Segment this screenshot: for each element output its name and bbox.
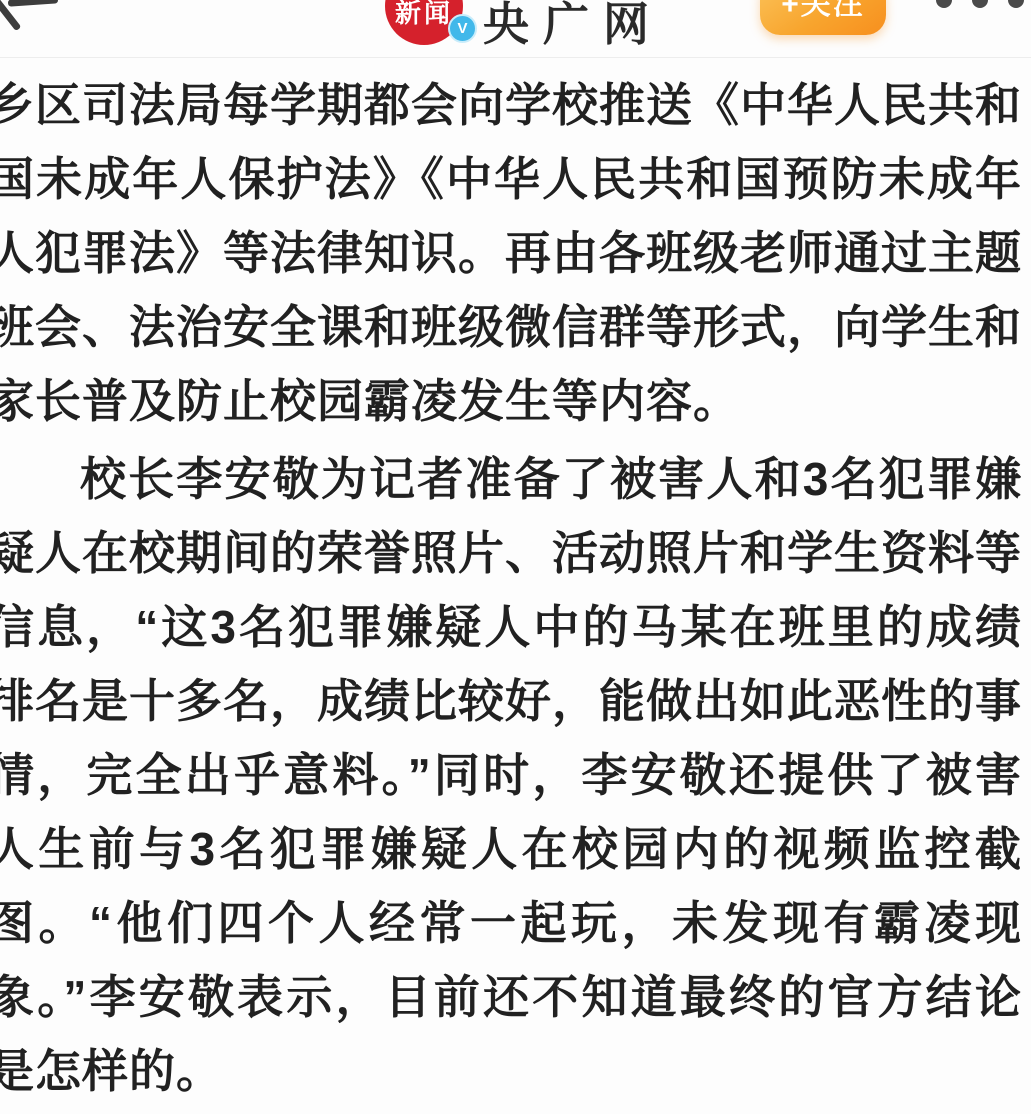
follow-button-label: +关注 [760,0,886,23]
more-menu-button[interactable] [932,0,1028,16]
follow-button[interactable]: +关注 [760,0,886,35]
verified-badge-icon: V [448,14,477,43]
article-body: 乡区司法局每学期都会向学校推送《中华人民共和国未成年人保护法》《中华人民共和国预… [0,58,1022,1108]
app-header: 新闻 V 央广网 +关注 [0,0,1031,58]
publisher-name: 央广网 [483,0,663,54]
article-paragraph: 校长李安敬为记者准备了被害人和3名犯罪嫌疑人在校期间的荣誉照片、活动照片和学生资… [0,442,1022,1108]
back-icon [8,0,58,7]
more-icon [972,0,988,8]
more-icon [936,0,952,8]
more-icon [1008,0,1024,8]
back-button[interactable] [0,0,64,50]
verified-check: V [457,20,467,37]
article-paragraph: 乡区司法局每学期都会向学校推送《中华人民共和国未成年人保护法》《中华人民共和国预… [0,68,1022,438]
